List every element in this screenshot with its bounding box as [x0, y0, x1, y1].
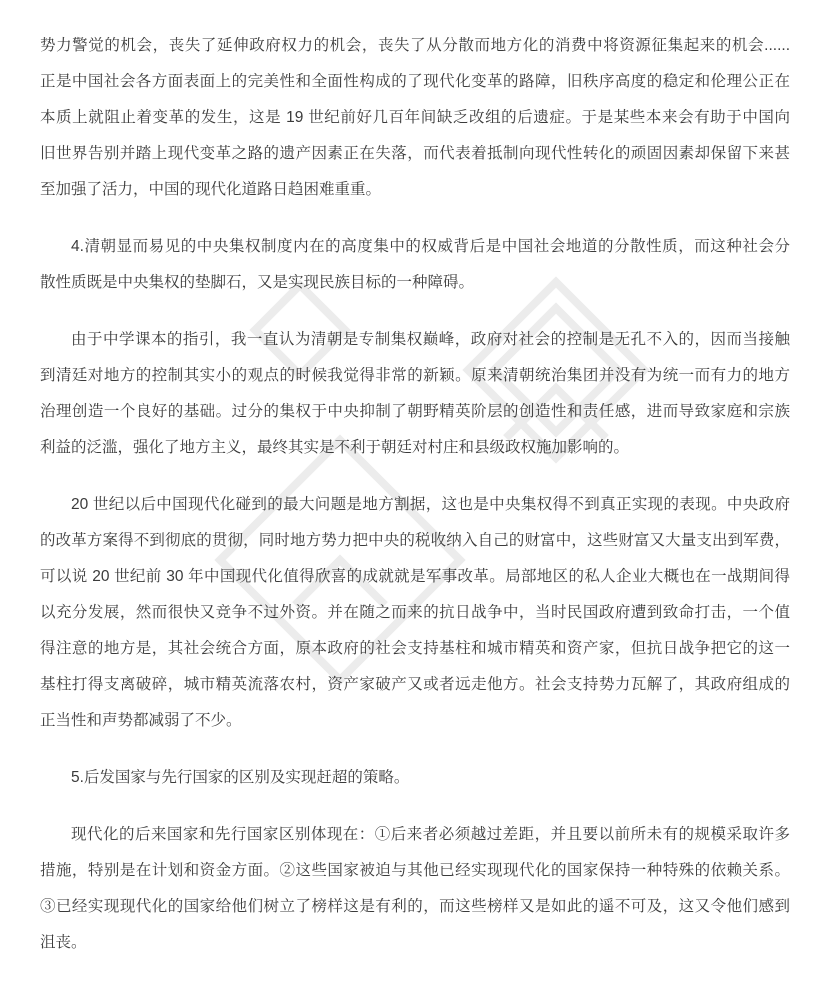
document-page: 势力警觉的机会，丧失了延伸政府权力的机会，丧失了从分散而地方化的消费中将资源征集…	[0, 0, 830, 986]
text-line: 由于中学课本的指引，我一直认为清朝是专制集权巅峰，政府对社会的控制是无孔不入的，…	[40, 322, 790, 358]
text-line: 散性质既是中央集权的垫脚石，又是实现民族目标的一种障碍。	[40, 265, 790, 301]
text-line: 势力警觉的机会，丧失了延伸政府权力的机会，丧失了从分散而地方化的消费中将资源征集…	[40, 28, 790, 64]
text-line: 至加强了活力，中国的现代化道路日趋困难重重。	[40, 172, 790, 208]
text-line: 正是中国社会各方面表面上的完美性和全面性构成的了现代化变革的路障，旧秩序高度的稳…	[40, 64, 790, 100]
text-line: 得注意的地方是，其社会统合方面，原本政府的社会支持基柱和城市精英和资产家，但抗日…	[40, 631, 790, 667]
paragraph: 现代化的后来国家和先行国家区别体现在：①后来者必须越过差距，并且要以前所未有的规…	[40, 817, 790, 961]
text-line: 以充分发展，然而很快又竞争不过外资。并在随之而来的抗日战争中，当时民国政府遭到致…	[40, 595, 790, 631]
text-line: 治理创造一个良好的基础。过分的集权于中央抑制了朝野精英阶层的创造性和责任感，进而…	[40, 394, 790, 430]
text-line: 的改革方案得不到彻底的贯彻，同时地方势力把中央的税收纳入自己的财富中，这些财富又…	[40, 523, 790, 559]
paragraph: 势力警觉的机会，丧失了延伸政府权力的机会，丧失了从分散而地方化的消费中将资源征集…	[40, 28, 790, 208]
text-line: 到清廷对地方的控制其实小的观点的时候我觉得非常的新颖。原来清朝统治集团并没有为统…	[40, 358, 790, 394]
paragraph: 由于中学课本的指引，我一直认为清朝是专制集权巅峰，政府对社会的控制是无孔不入的，…	[40, 322, 790, 466]
paragraph: 5.后发国家与先行国家的区别及实现赶超的策略。	[40, 760, 790, 796]
paragraph: 4.清朝显而易见的中央集权制度内在的高度集中的权威背后是中国社会地道的分散性质，…	[40, 229, 790, 301]
text-line: 5.后发国家与先行国家的区别及实现赶超的策略。	[40, 760, 790, 796]
paragraph: 20 世纪以后中国现代化碰到的最大问题是地方割据，这也是中央集权得不到真正实现的…	[40, 487, 790, 739]
text-line: 20 世纪以后中国现代化碰到的最大问题是地方割据，这也是中央集权得不到真正实现的…	[40, 487, 790, 523]
text-line: 措施，特别是在计划和资金方面。②这些国家被迫与其他已经实现现代化的国家保持一种特…	[40, 853, 790, 889]
text-line: 现代化的后来国家和先行国家区别体现在：①后来者必须越过差距，并且要以前所未有的规…	[40, 817, 790, 853]
text-line: 可以说 20 世纪前 30 年中国现代化值得欣喜的成就就是军事改革。局部地区的私…	[40, 559, 790, 595]
text-line: 4.清朝显而易见的中央集权制度内在的高度集中的权威背后是中国社会地道的分散性质，…	[40, 229, 790, 265]
text-line: 旧世界告别并踏上现代变革之路的遗产因素正在失落，而代表着抵制向现代性转化的顽固因…	[40, 136, 790, 172]
text-line: ③已经实现现代化的国家给他们树立了榜样这是有利的，而这些榜样又是如此的遥不可及，…	[40, 889, 790, 925]
document-content: 势力警觉的机会，丧失了延伸政府权力的机会，丧失了从分散而地方化的消费中将资源征集…	[40, 28, 790, 961]
text-line: 正当性和声势都减弱了不少。	[40, 703, 790, 739]
text-line: 基柱打得支离破碎，城市精英流落农村，资产家破产又或者远走他方。社会支持势力瓦解了…	[40, 667, 790, 703]
text-line: 本质上就阻止着变革的发生，这是 19 世纪前好几百年间缺乏改组的后遗症。于是某些…	[40, 100, 790, 136]
text-line: 沮丧。	[40, 925, 790, 961]
text-line: 利益的泛滥，强化了地方主义，最终其实是不利于朝廷对村庄和县级政权施加影响的。	[40, 430, 790, 466]
